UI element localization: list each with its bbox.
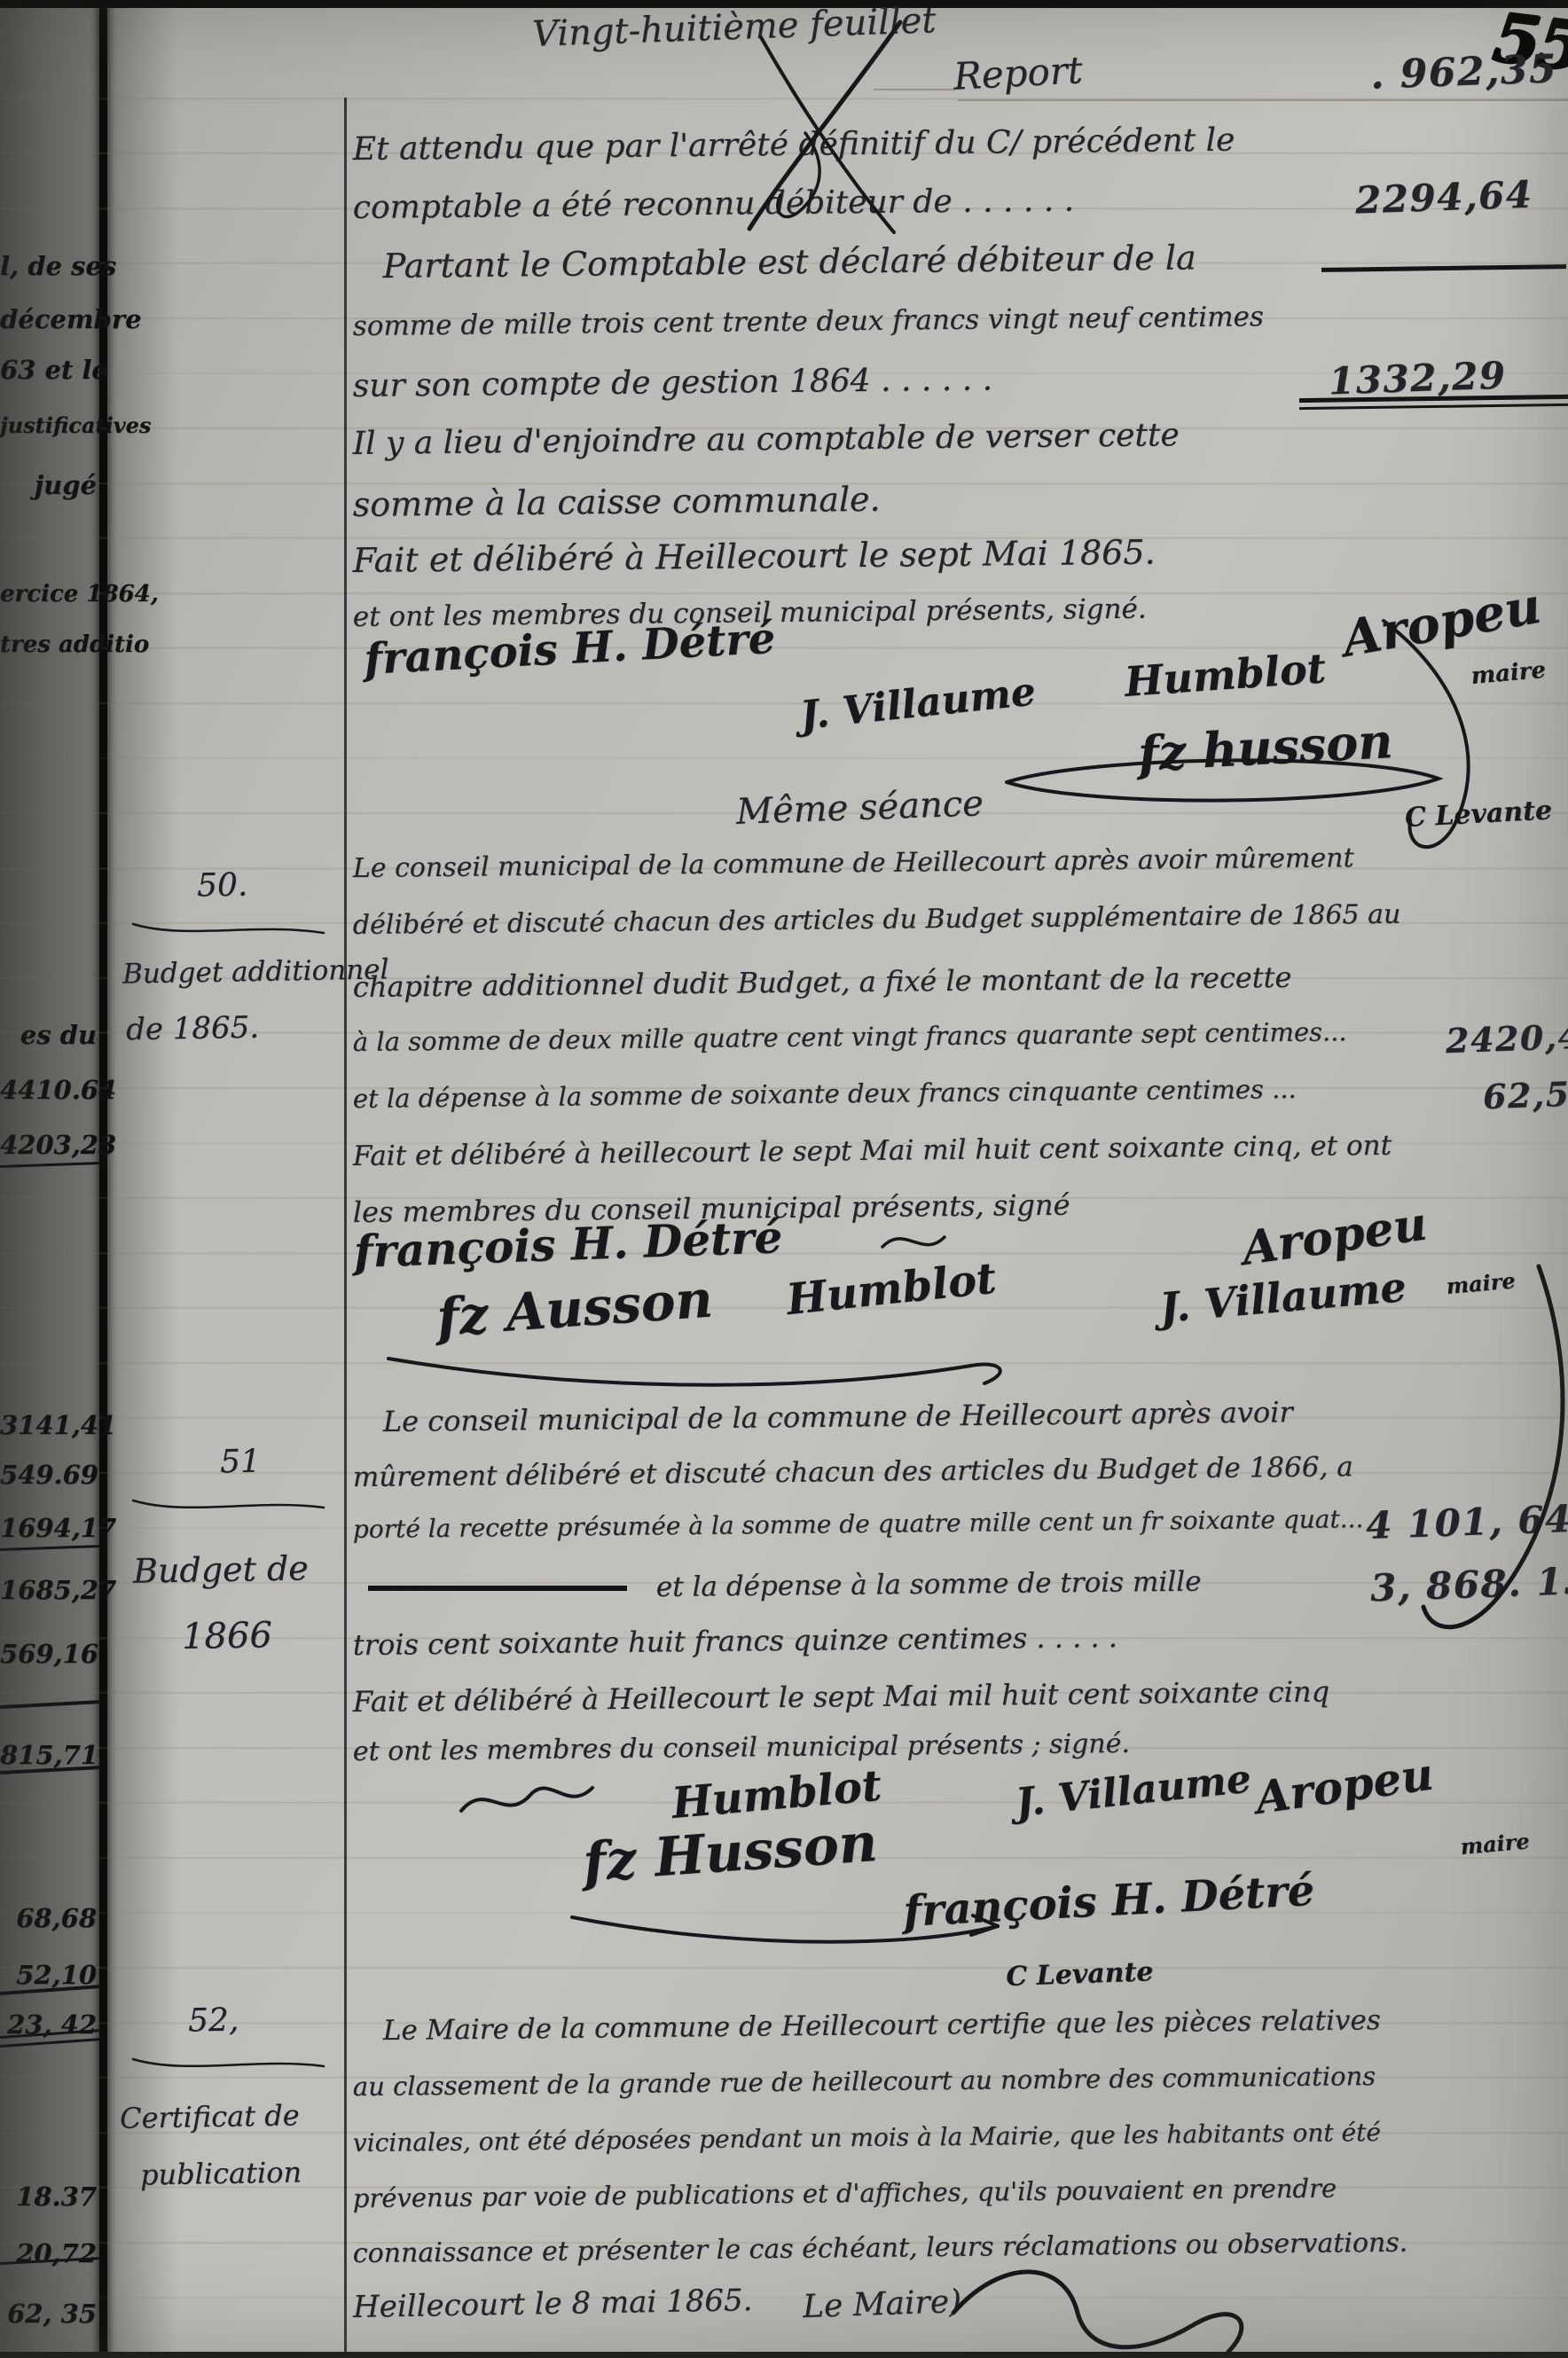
report-underline	[958, 99, 1568, 101]
manuscript-line: Partant le Comptable est déclaré débiteu…	[383, 238, 1196, 286]
closing-date-line: Heillecourt le 8 mai 1865.	[353, 2283, 753, 2325]
scribble-signature	[882, 1237, 945, 1247]
margin-label-certificat: Certificat de	[120, 2098, 300, 2135]
manuscript-line: comptable a été reconnu débiteur de . . …	[353, 182, 1075, 226]
bottom-mayor-signature	[953, 2272, 1242, 2352]
signature: Humblot	[1123, 644, 1327, 706]
adjacent-page-edge	[0, 0, 99, 2358]
amount-value: 2420,47	[1445, 1015, 1568, 1061]
edge-fragment: 3141,41	[0, 1410, 97, 1440]
signature: C Levante	[1404, 795, 1553, 834]
manuscript-line: au classement de la grande rue de heille…	[353, 2061, 1376, 2102]
edge-fragment: ercice 1864,	[0, 581, 97, 607]
signature: J. Villaume	[1157, 1263, 1407, 1332]
manuscript-line: somme de mille trois cent trente deux fr…	[353, 301, 1264, 342]
edge-fragment: l, de ses	[0, 251, 97, 281]
signature: fz husson	[1137, 712, 1394, 782]
same-session-heading: Même séance	[735, 783, 984, 833]
manuscript-line: sur son compte de gestion 1864 . . . . .…	[353, 361, 993, 404]
manuscript-line: somme à la caisse communale.	[353, 480, 881, 524]
edge-fragment: 63 et le	[0, 355, 97, 385]
manuscript-line: et ont les membres du conseil municipal …	[353, 1728, 1130, 1767]
husson-underline-flourish	[388, 1359, 1000, 1385]
edge-fragment: 18.37	[0, 2182, 97, 2212]
sheet-label: Vingt-huitième feuillet	[531, 0, 937, 55]
double-rule-1332-b	[1299, 403, 1568, 410]
fold-shadow	[107, 0, 178, 2358]
edge-fragment: 1694,17	[0, 1513, 97, 1543]
margin-label-certificat: publication	[140, 2155, 302, 2191]
signature: françois H. Détré	[902, 1866, 1315, 1937]
margin-rule-line	[344, 98, 347, 2358]
amount-value: 3, 868. 15	[1369, 1559, 1568, 1610]
edge-fragment: 815,71	[0, 1740, 97, 1770]
page-fold-line	[99, 0, 107, 2358]
margin-label-budget-1866: 1866	[182, 1615, 273, 1657]
manuscript-line: délibéré et discuté chacun des articles …	[353, 899, 1401, 941]
manuscript-line: Le conseil municipal de la commune de He…	[353, 842, 1354, 884]
edge-fragment: 549.69	[0, 1460, 97, 1490]
report-leader-line	[874, 89, 955, 90]
manuscript-line: Fait et délibéré à Heillecourt le sept M…	[353, 1674, 1330, 1719]
edge-fragment: 4410.64	[0, 1075, 97, 1105]
signature: fz Husson	[581, 1812, 879, 1894]
signature: maire	[1445, 1267, 1516, 1299]
edge-fragment: décembre	[0, 304, 97, 334]
margin-swash-51	[133, 1500, 324, 1508]
document-scan-page: { "header": { "sheet_label": "Vingt-huit…	[0, 0, 1568, 2358]
manuscript-line: connaissance et présenter le cas échéant…	[353, 2228, 1408, 2269]
manuscript-line: chapitre additionnel dudit Budget, a fix…	[353, 960, 1292, 1004]
scribble-signature	[461, 1788, 592, 1811]
amount-value: 62,50	[1482, 1073, 1568, 1116]
manuscript-line: et la dépense à la somme de soixante deu…	[353, 1074, 1297, 1114]
edge-fragment: tres additio	[0, 631, 97, 658]
manuscript-line: vicinales, ont été déposées pendant un m…	[353, 2118, 1381, 2158]
manuscript-line: Le conseil municipal de la commune de He…	[383, 1395, 1293, 1438]
manuscript-line: Et attendu que par l'arrêté définitif du…	[353, 122, 1235, 168]
margin-label-budget-1866: Budget de	[133, 1548, 309, 1590]
signature: J. Villaume	[1014, 1756, 1253, 1826]
signature: J. Villaume	[798, 669, 1038, 739]
signature: C Levante	[1006, 1956, 1154, 1993]
le-maire-label: Le Maire)	[802, 2284, 961, 2325]
manuscript-line: porté la recette présumée à la somme de …	[353, 1504, 1364, 1544]
signature: Aropeu	[1338, 576, 1546, 669]
report-label: Report	[953, 48, 1084, 98]
total-rule-2294	[1321, 264, 1566, 272]
report-amount: . 962,35	[1369, 46, 1558, 98]
signature: maire	[1459, 1828, 1530, 1860]
dash-rule-depense	[368, 1586, 627, 1591]
manuscript-line: trois cent soixante huit francs quinze c…	[353, 1620, 1117, 1662]
margin-swash-52	[133, 2059, 324, 2066]
manuscript-line: mûrement délibéré et discuté chacun des …	[353, 1451, 1353, 1493]
edge-fragment: 4203,23	[0, 1130, 97, 1160]
edge-fragment: 62, 35	[0, 2299, 97, 2329]
margin-label-budget-additionnel: Budget additionnel	[122, 953, 389, 990]
manuscript-line: et la dépense à la somme de trois mille	[656, 1566, 1202, 1603]
scan-bottom-edge	[0, 2352, 1568, 2358]
manuscript-line: prévenus par voie de publications et d'a…	[353, 2173, 1337, 2213]
manuscript-line: à la somme de deux mille quatre cent vin…	[353, 1016, 1347, 1057]
amount-value: 4 101, 64	[1365, 1497, 1568, 1547]
edge-fragment: 68,68	[0, 1903, 97, 1933]
signature: maire	[1470, 657, 1547, 690]
edge-fragment: justificatives	[0, 412, 97, 438]
amount-value: 2294,64	[1354, 173, 1533, 223]
edge-fragment: 1685,27	[0, 1575, 97, 1605]
manuscript-line: Le Maire de la commune de Heillecourt ce…	[383, 2004, 1381, 2047]
margin-entry-number-50: 50.	[197, 867, 248, 905]
margin-swash-50	[133, 924, 324, 933]
signature: fz Ausson	[435, 1268, 714, 1348]
manuscript-line: Fait et délibéré à Heillecourt le sept M…	[353, 533, 1156, 580]
edge-fragment: es du	[0, 1020, 97, 1050]
margin-entry-number-51: 51	[220, 1444, 262, 1481]
signature: Aropeu	[1252, 1748, 1437, 1824]
margin-label-budget-additionnel: de 1865.	[126, 1010, 260, 1048]
edge-fragment: jugé	[0, 470, 97, 500]
signature: Humblot	[784, 1254, 999, 1325]
manuscript-line: Il y a lieu d'enjoindre au comptable de …	[353, 417, 1180, 462]
manuscript-line: Fait et délibéré à heillecourt le sept M…	[353, 1130, 1392, 1172]
edge-fragment: 569,16	[0, 1639, 97, 1669]
margin-entry-number-52: 52,	[188, 2002, 239, 2040]
